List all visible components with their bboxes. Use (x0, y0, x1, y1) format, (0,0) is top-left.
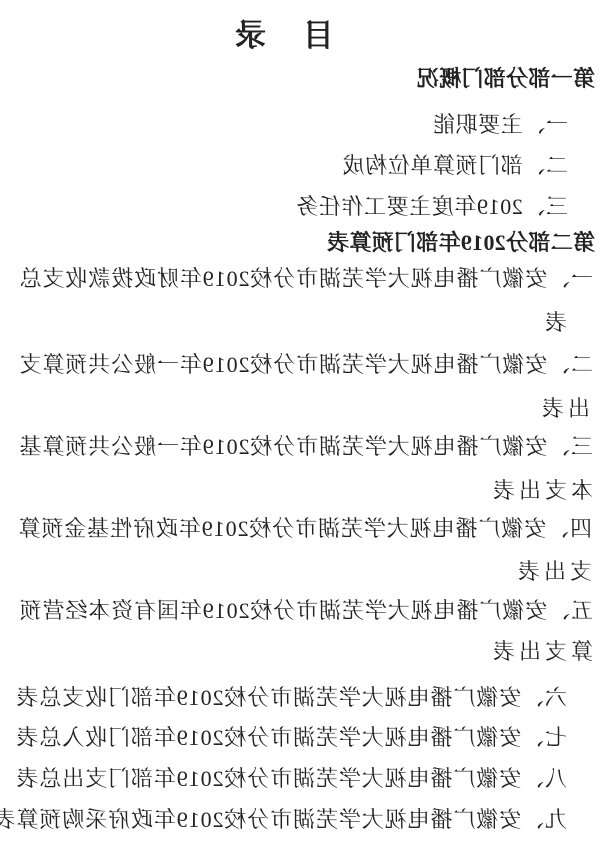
part2-entry-5-line-1: 五、安徽广播电视大学芜湖市分校2019年国有资本经营预 (19, 596, 593, 626)
part2-entry-1-line-2: 表 (541, 308, 567, 338)
part2-entry-4-line-2: 支出表 (514, 557, 592, 587)
part2-entry-6: 六、安徽广播电视大学芜湖市分校2019年部门收支总表 (16, 683, 567, 713)
part1-item-1: 一、主要职能 (432, 110, 568, 140)
document-page: 目 录 第一部分部门概况 一、主要职能 二、部门预算单位构成 三、2019年度主… (0, 0, 600, 852)
part1-item-3: 三、2019年度主要工作任务 (296, 192, 568, 222)
part2-entry-8: 八、安徽广播电视大学芜湖市分校2019年部门支出总表 (16, 764, 567, 794)
part2-entry-7: 七、安徽广播电视大学芜湖市分校2019年部门收入总表 (16, 723, 567, 753)
part2-entry-3-line-2: 本支出表 (489, 476, 593, 506)
part2-entry-2-line-1: 二、安徽广播电视大学芜湖市分校2019年一般公共预算支 (19, 350, 593, 380)
part2-entry-1-line-1: 一、安徽广播电视大学芜湖市分校2019年财政拨款收支总 (19, 264, 593, 294)
mirrored-scan-content: 目 录 第一部分部门概况 一、主要职能 二、部门预算单位构成 三、2019年度主… (0, 0, 600, 852)
part2-entry-3-line-1: 三、安徽广播电视大学芜湖市分校2019年一般公共预算基 (19, 432, 593, 462)
part2-entry-4-line-1: 四、安徽广播电视大学芜湖市分校2019年政府性基金预算 (18, 514, 592, 544)
part2-entry-2-line-2: 出表 (538, 394, 590, 424)
part2-entry-5-line-2: 算支出表 (489, 637, 593, 667)
part2-entry-9: 九、安徽广播电视大学芜湖市分校2019年政府采购预算表 (0, 805, 567, 835)
toc-title: 目 录 (232, 16, 334, 56)
part1-heading: 第一部分部门概况 (417, 64, 595, 94)
part2-heading: 第二部分2019年部门预算表 (327, 228, 595, 258)
part1-item-2: 二、部门预算单位构成 (342, 151, 568, 181)
